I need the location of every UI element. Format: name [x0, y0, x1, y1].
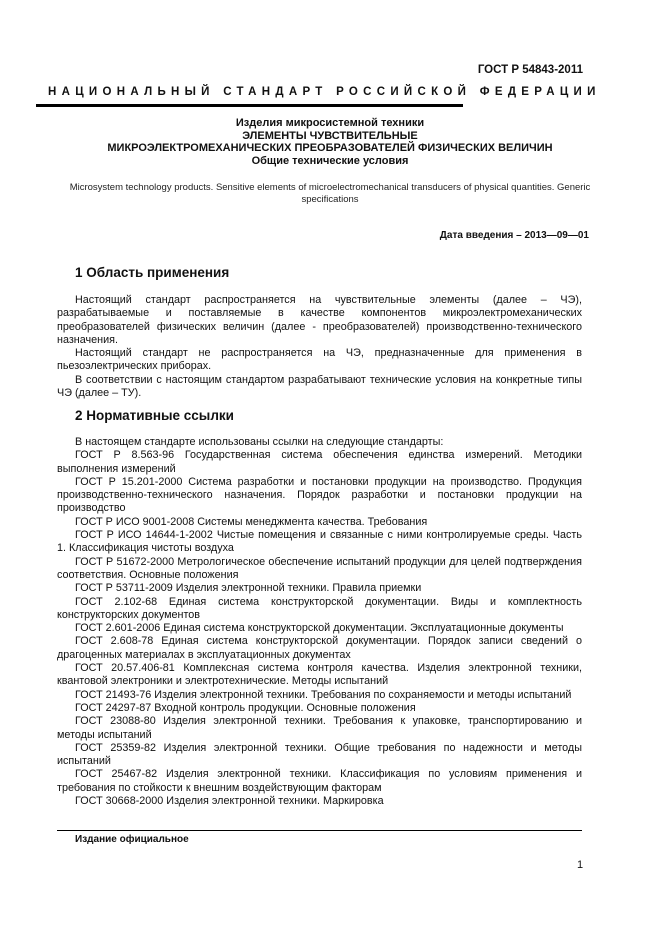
reference-item: ГОСТ 2.608-78 Единая система конструктор…: [57, 635, 582, 662]
section-1-body: Настоящий стандарт распространяется на ч…: [57, 294, 582, 400]
reference-item: ГОСТ 23088-80 Изделия электронной техник…: [57, 715, 582, 742]
section-2-body: В настоящем стандарте использованы ссылк…: [57, 436, 582, 808]
reference-item: ГОСТ 2.102-68 Единая система конструктор…: [57, 596, 582, 623]
header-rule: [36, 104, 463, 107]
reference-item: ГОСТ 25467-82 Изделия электронной техник…: [57, 768, 582, 795]
paragraph: В настоящем стандарте использованы ссылк…: [57, 436, 582, 449]
footer-rule: [57, 830, 582, 831]
title-line-3: МИКРОЭЛЕКТРОМЕХАНИЧЕСКИХ ПРЕОБРАЗОВАТЕЛЕ…: [60, 142, 600, 155]
reference-item: ГОСТ Р ИСО 14644-1-2002 Чистые помещения…: [57, 529, 582, 556]
document-title: Изделия микросистемной техники ЭЛЕМЕНТЫ …: [60, 117, 600, 167]
title-line-4: Общие технические условия: [60, 155, 600, 168]
official-edition-label: Издание официальное: [75, 834, 189, 845]
english-title: Microsystem technology products. Sensiti…: [60, 182, 600, 206]
reference-item: ГОСТ Р 8.563-96 Государственная система …: [57, 449, 582, 476]
title-line-2: ЭЛЕМЕНТЫ ЧУВСТВИТЕЛЬНЫЕ: [60, 130, 600, 143]
title-line-1: Изделия микросистемной техники: [60, 117, 600, 130]
reference-item: ГОСТ 30668-2000 Изделия электронной техн…: [57, 795, 582, 808]
reference-item: ГОСТ Р ИСО 9001-2008 Системы менеджмента…: [57, 516, 582, 529]
reference-item: ГОСТ 20.57.406-81 Комплексная система ко…: [57, 662, 582, 689]
reference-item: ГОСТ 21493-76 Изделия электронной техник…: [57, 689, 582, 702]
reference-item: ГОСТ 25359-82 Изделия электронной техник…: [57, 742, 582, 769]
reference-item: ГОСТ Р 53711-2009 Изделия электронной те…: [57, 582, 582, 595]
paragraph: Настоящий стандарт распространяется на ч…: [57, 294, 582, 347]
reference-item: ГОСТ Р 15.201-2000 Система разработки и …: [57, 476, 582, 516]
section-2-heading: 2 Нормативные ссылки: [75, 408, 234, 423]
document-code: ГОСТ Р 54843-2011: [478, 64, 583, 76]
introduction-date: Дата введения – 2013—09—01: [440, 230, 589, 241]
reference-item: ГОСТ 2.601-2006 Единая система конструкт…: [57, 622, 582, 635]
national-standard-banner: НАЦИОНАЛЬНЫЙ СТАНДАРТ РОССИЙСКОЙ ФЕДЕРАЦ…: [48, 86, 593, 98]
paragraph: В соответствии с настоящим стандартом ра…: [57, 374, 582, 401]
reference-item: ГОСТ 24297-87 Входной контроль продукции…: [57, 702, 582, 715]
page-number: 1: [577, 859, 583, 871]
section-1-heading: 1 Область применения: [75, 265, 229, 280]
paragraph: Настоящий стандарт не распространяется н…: [57, 347, 582, 374]
document-page: ГОСТ Р 54843-2011 НАЦИОНАЛЬНЫЙ СТАНДАРТ …: [0, 0, 661, 935]
reference-item: ГОСТ Р 51672-2000 Метрологическое обеспе…: [57, 556, 582, 583]
